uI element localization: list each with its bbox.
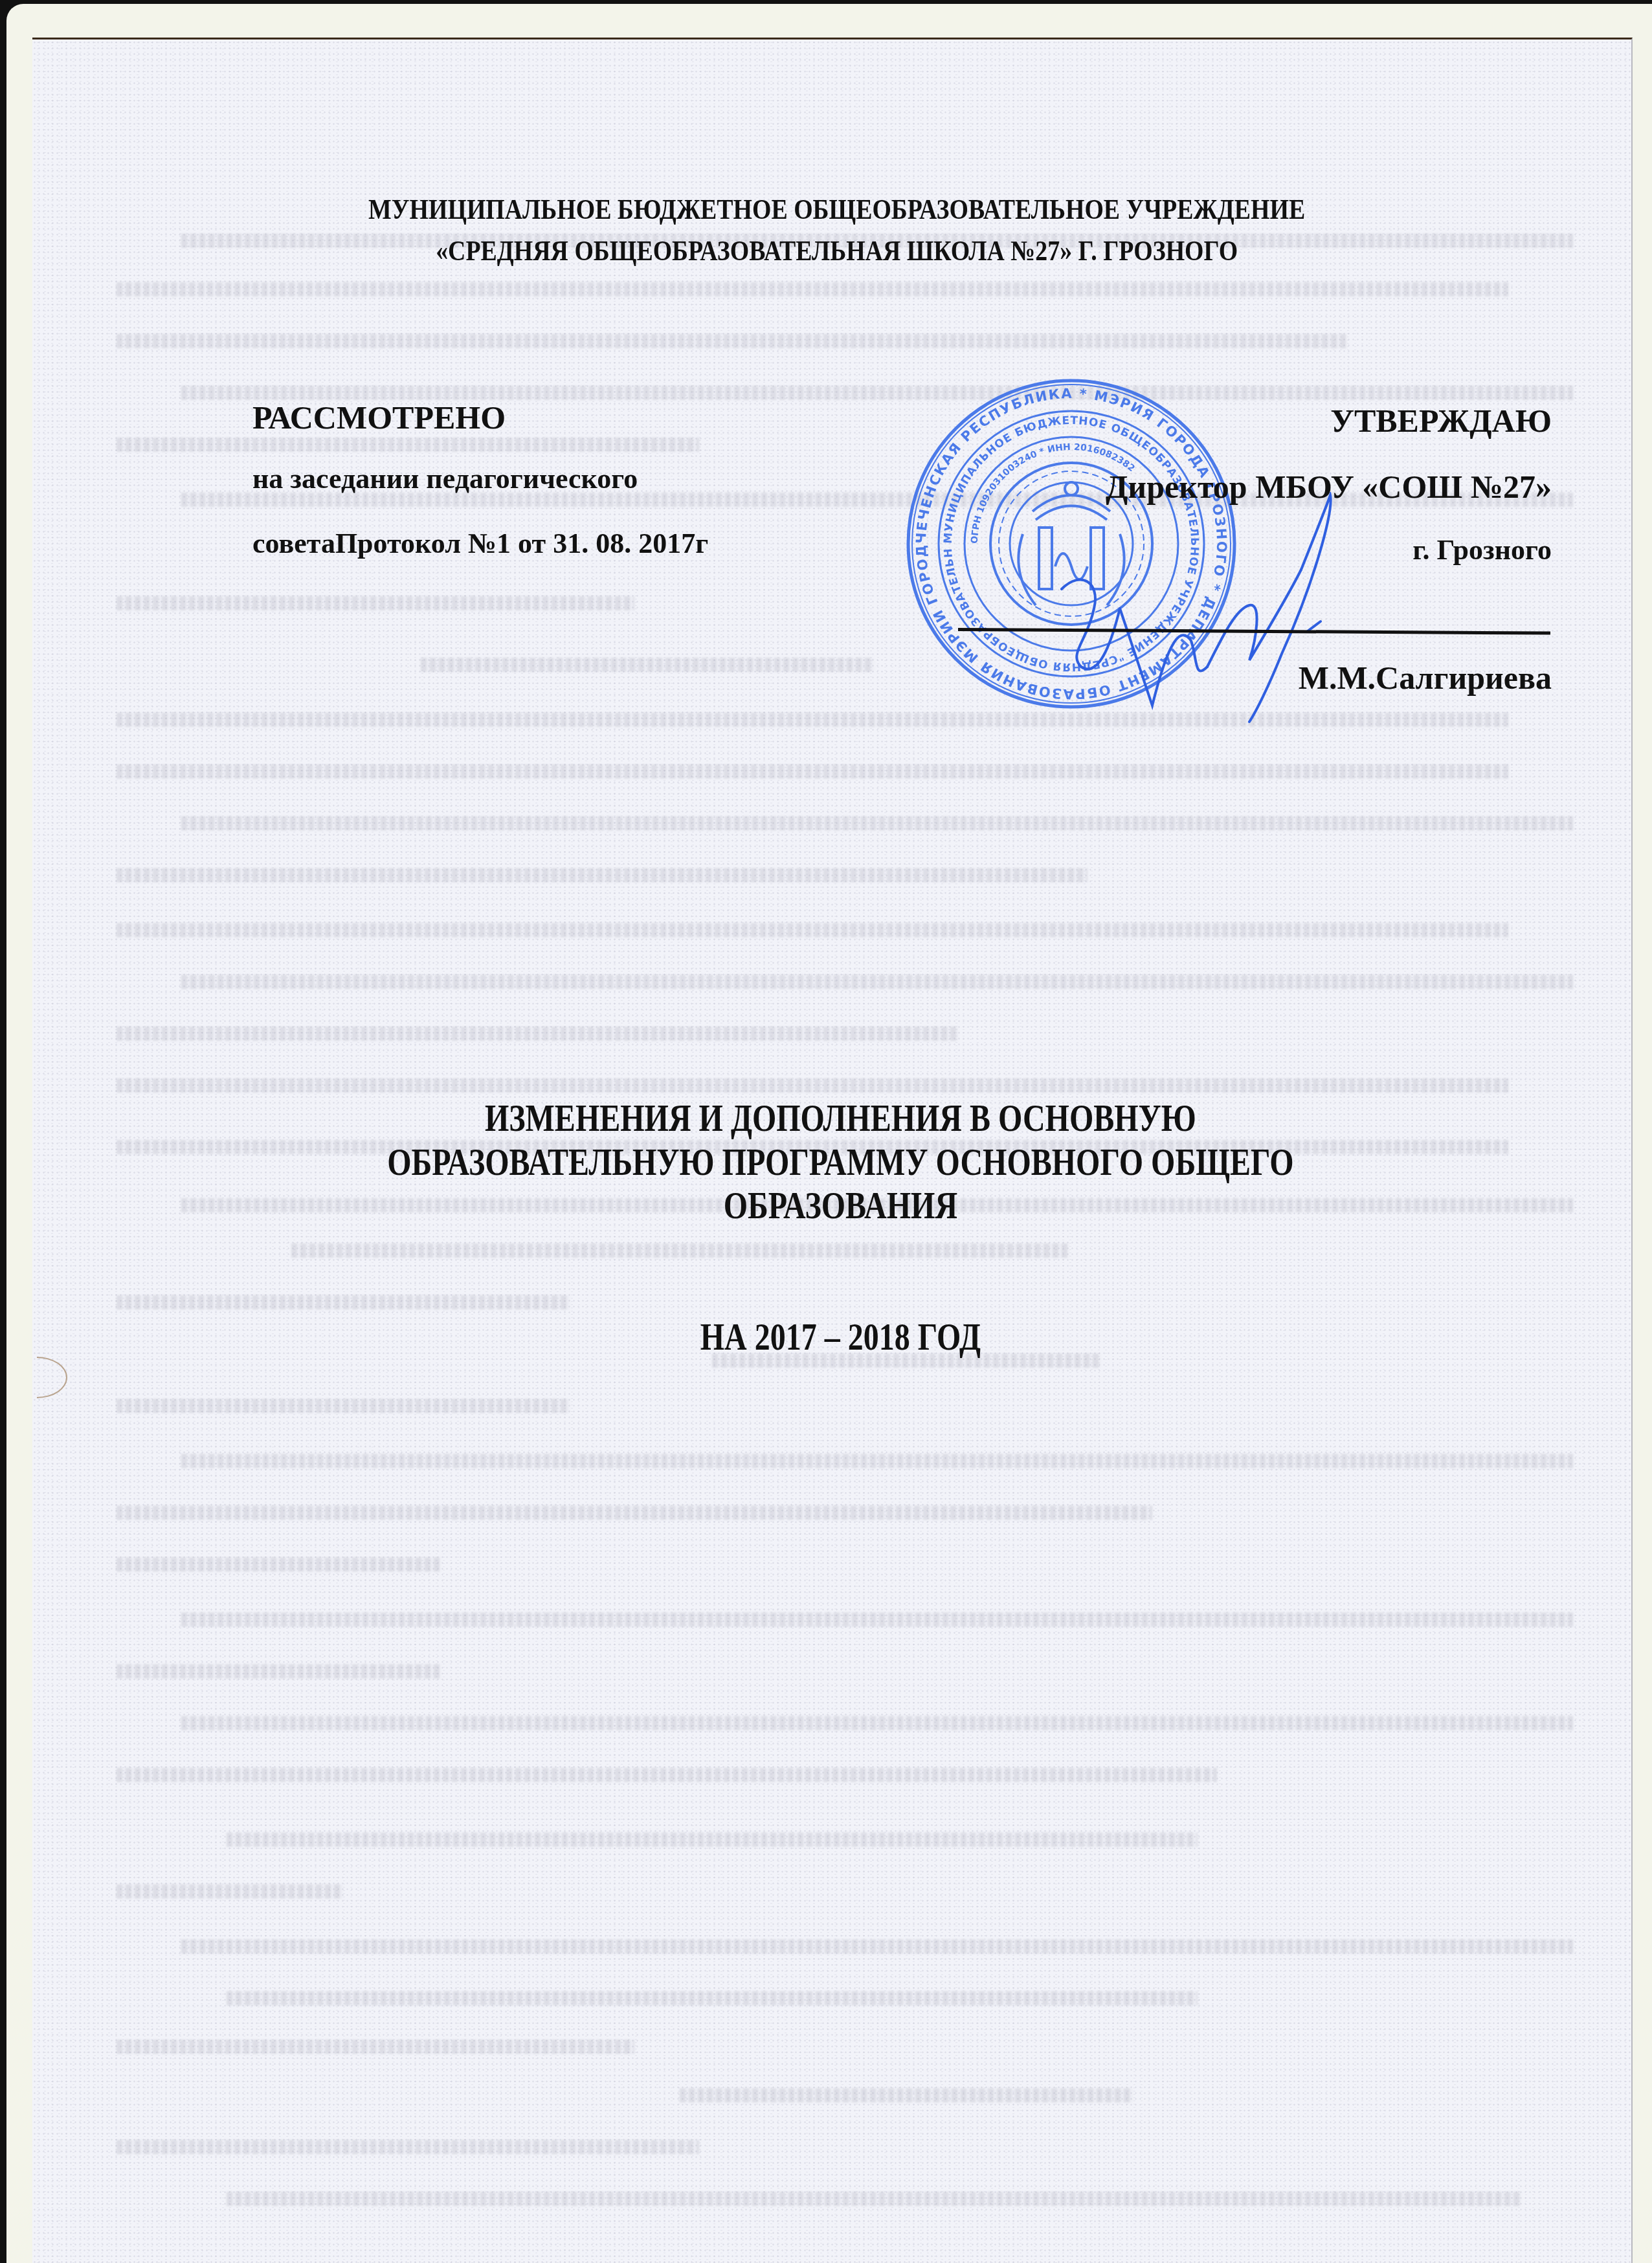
bleed-through-line: [181, 1716, 1573, 1730]
bleed-through-line: [181, 975, 1573, 989]
bleed-through-line: [181, 816, 1573, 831]
bleed-through-line: [117, 334, 1346, 348]
document-title-line1: ИЗМЕНЕНИЯ И ДОПОЛНЕНИЯ В ОСНОВНУЮ: [180, 1098, 1502, 1137]
bleed-through-line: [227, 2192, 1521, 2206]
bleed-through-line: [117, 1295, 570, 1310]
institution-name-line2: «СРЕДНЯЯ ОБЩЕОБРАЗОВАТЕЛЬНАЯ ШКОЛА №27» …: [126, 237, 1547, 265]
bleed-through-line: [227, 1991, 1198, 2005]
bleed-through-line: [117, 596, 634, 610]
bleed-through-line: [117, 868, 1088, 882]
punch-hole-mark: [32, 1357, 67, 1398]
approver-name: М.М.Салгириева: [1299, 662, 1552, 694]
bleed-through-line: [181, 1454, 1573, 1468]
institution-name-line1: МУНИЦИПАЛЬНОЕ БЮДЖЕТНОЕ ОБЩЕОБРАЗОВАТЕЛЬ…: [126, 195, 1547, 224]
bleed-through-line: [117, 764, 1508, 779]
bleed-through-line: [117, 1664, 440, 1678]
bleed-through-line: [117, 2140, 699, 2154]
approved-heading: УТВЕРЖДАЮ: [1330, 405, 1552, 437]
bleed-through-line: [181, 386, 1573, 400]
reviewed-protocol: советаПротокол №1 от 31. 08. 2017г: [252, 530, 708, 558]
bleed-through-line: [117, 1557, 440, 1572]
bleed-through-line: [117, 923, 1508, 937]
bleed-through-line: [181, 1612, 1573, 1627]
approver-position: Директор МБОУ «СОШ №27»: [1106, 471, 1552, 503]
bleed-through-line: [117, 1399, 570, 1413]
document-title-line2: ОБРАЗОВАТЕЛЬНУЮ ПРОГРАММУ ОСНОВНОГО ОБЩЕ…: [180, 1143, 1502, 1181]
bleed-through-line: [117, 1078, 1508, 1093]
document-title-line3: ОБРАЗОВАНИЯ: [180, 1186, 1502, 1225]
bleed-through-line: [421, 658, 874, 672]
bleed-through-line: [181, 1939, 1573, 1954]
bleed-through-line: [117, 2040, 634, 2054]
reviewed-line1: на заседании педагогического: [252, 465, 638, 493]
bleed-through-line: [117, 1768, 1217, 1782]
reviewed-heading: РАССМОТРЕНО: [252, 401, 506, 434]
approver-city: г. Грозного: [1412, 536, 1552, 564]
bleed-through-line: [227, 1833, 1198, 1847]
bleed-through-line: [117, 438, 699, 452]
bleed-through-line: [680, 2088, 1133, 2102]
bleed-through-line: [117, 282, 1508, 296]
bleed-through-line: [117, 1884, 343, 1899]
bleed-through-line: [117, 1506, 1152, 1520]
document-period: НА 2017 – 2018 ГОД: [180, 1317, 1502, 1356]
bleed-through-line: [117, 1027, 958, 1041]
bleed-through-line: [291, 1243, 1068, 1258]
